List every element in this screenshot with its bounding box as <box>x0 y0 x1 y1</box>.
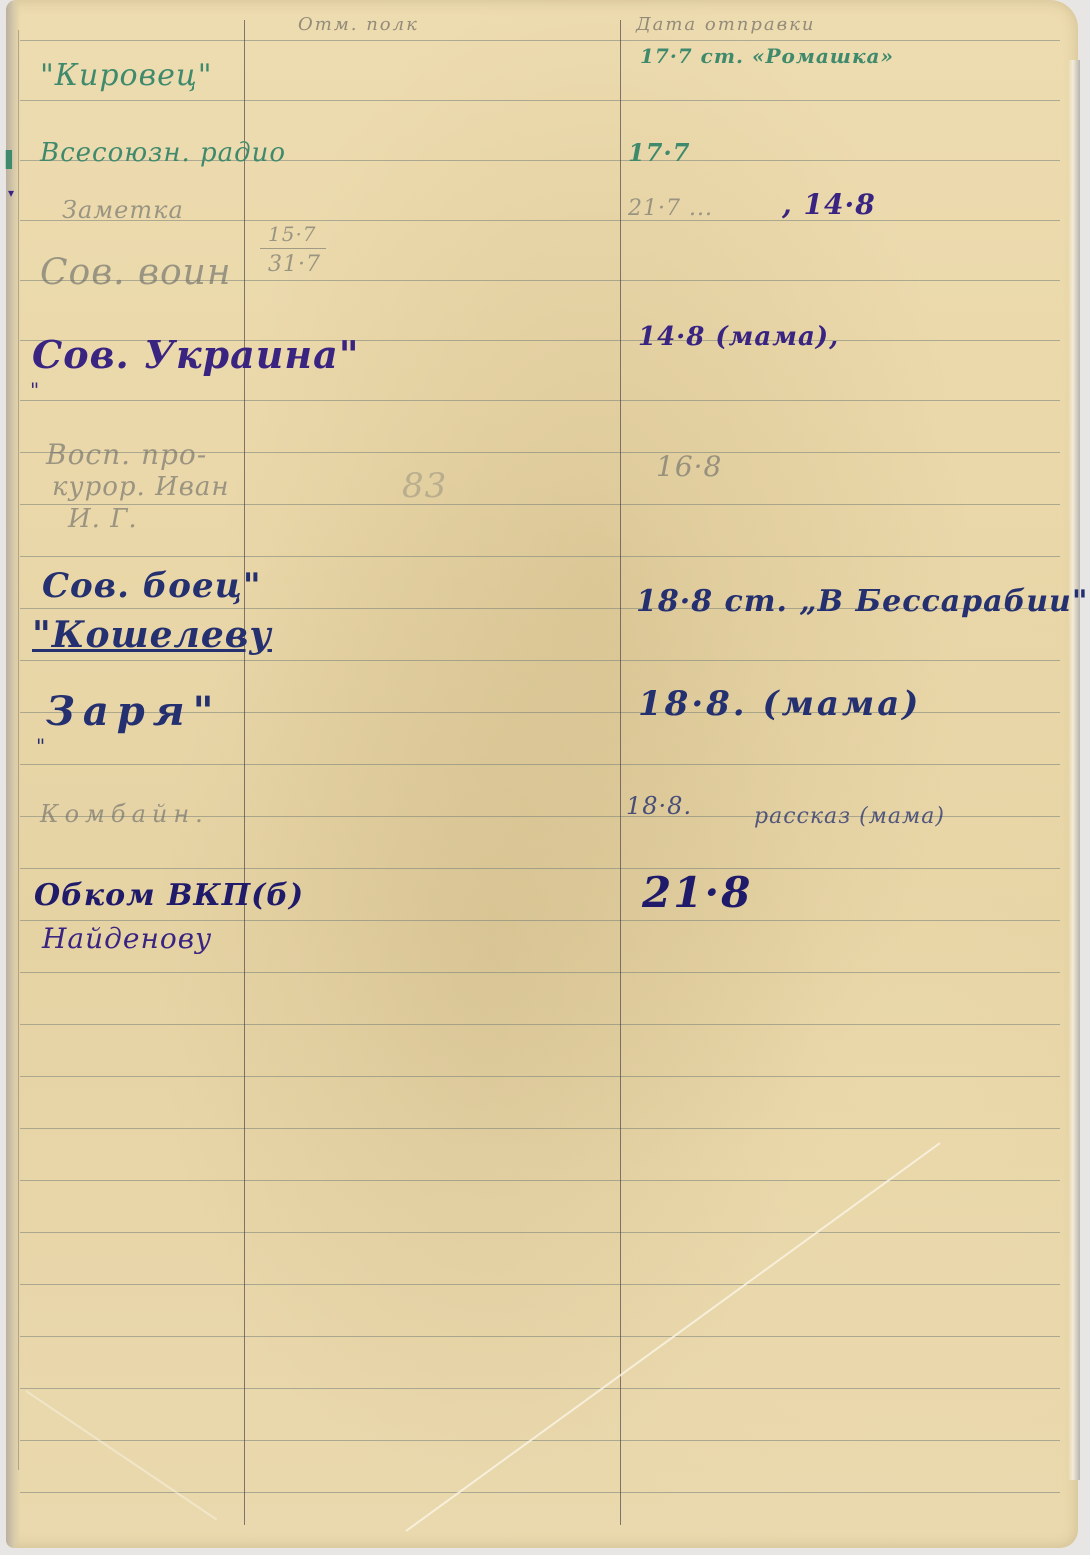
ruled-line <box>20 100 1060 101</box>
notebook-page: Отм. полк Дата отправки ▌ ▾ "Кировец" 17… <box>6 0 1078 1548</box>
ruled-line <box>20 1284 1060 1285</box>
entry-name: Сов. боец" <box>42 566 262 606</box>
entry-name-ditto-mark: " <box>30 378 40 402</box>
entry-middle-value: 83 <box>402 466 447 506</box>
ruled-line <box>20 868 1060 869</box>
entry-date-note: 18·8. <box>626 792 692 820</box>
column-divider-left <box>244 20 245 1525</box>
ruled-line <box>20 1180 1060 1181</box>
entry-name: Комбайн. <box>40 800 209 828</box>
ruled-line <box>20 1388 1060 1389</box>
ruled-line <box>20 920 1060 921</box>
entry-name-ditto-mark: " <box>36 734 46 758</box>
page-fold-crease-left <box>25 1390 217 1520</box>
entry-middle-fraction-top: 15·7 <box>268 222 317 246</box>
entry-name: "Кировец" <box>40 58 213 93</box>
column-divider-right <box>620 20 621 1525</box>
entry-name: Заметка <box>62 196 184 224</box>
entry-name-line3: И. Г. <box>68 504 138 534</box>
entry-date-note: 18·8 ст. „В Бессарабии" <box>636 584 1089 619</box>
margin-line <box>18 30 19 1470</box>
ruled-line <box>20 1336 1060 1337</box>
middle-column-header: Отм. полк <box>298 14 419 35</box>
ruled-line <box>20 1128 1060 1129</box>
ruled-line <box>20 660 1060 661</box>
page-fold-crease <box>405 1142 940 1532</box>
entry-name: Сов. воин <box>40 252 232 293</box>
ruled-line <box>20 972 1060 973</box>
entry-name-line2: Найденову <box>42 922 212 955</box>
entry-name: Восп. про- <box>46 438 207 471</box>
ruled-line <box>20 40 1060 41</box>
ruled-line <box>20 400 1060 401</box>
entry-date-note: 16·8 <box>656 450 722 483</box>
entry-date-note-extra: рассказ (мама) <box>754 804 945 829</box>
ruled-line <box>20 1440 1060 1441</box>
entry-middle-fraction-bottom: 31·7 <box>268 252 321 277</box>
entry-date-note: 17·7 ст. «Ромашка» <box>640 44 894 68</box>
entry-name: Всесоюзн. радио <box>40 138 286 168</box>
entry-name: Сов. Украина" <box>32 332 360 377</box>
entry-name: Заря" <box>46 688 221 735</box>
ruled-line <box>20 556 1060 557</box>
entry-date-note-extra: , 14·8 <box>782 188 876 221</box>
entry-date-note: 18·8. (мама) <box>638 684 921 724</box>
entry-name-line2: "Кошелеву <box>32 614 272 656</box>
entry-date-note: 21·7 ... <box>628 196 713 221</box>
entry-date-note: 21·8 <box>642 868 752 917</box>
fraction-line <box>260 248 326 249</box>
ruled-line <box>20 764 1060 765</box>
entry-name-line2: курор. Иван <box>52 472 230 502</box>
margin-mark-green: ▌ <box>6 150 19 169</box>
entry-date-note: 17·7 <box>628 138 690 167</box>
margin-mark-violet: ▾ <box>8 186 15 200</box>
ruled-line <box>20 504 1060 505</box>
ruled-line <box>20 1076 1060 1077</box>
ruled-line <box>20 1232 1060 1233</box>
entry-date-note: 14·8 (мама), <box>638 322 839 352</box>
right-column-header: Дата отправки <box>636 14 815 35</box>
entry-name: Обком ВКП(б) <box>34 878 304 913</box>
page-right-edge <box>1068 60 1080 1480</box>
ruled-line <box>20 1024 1060 1025</box>
